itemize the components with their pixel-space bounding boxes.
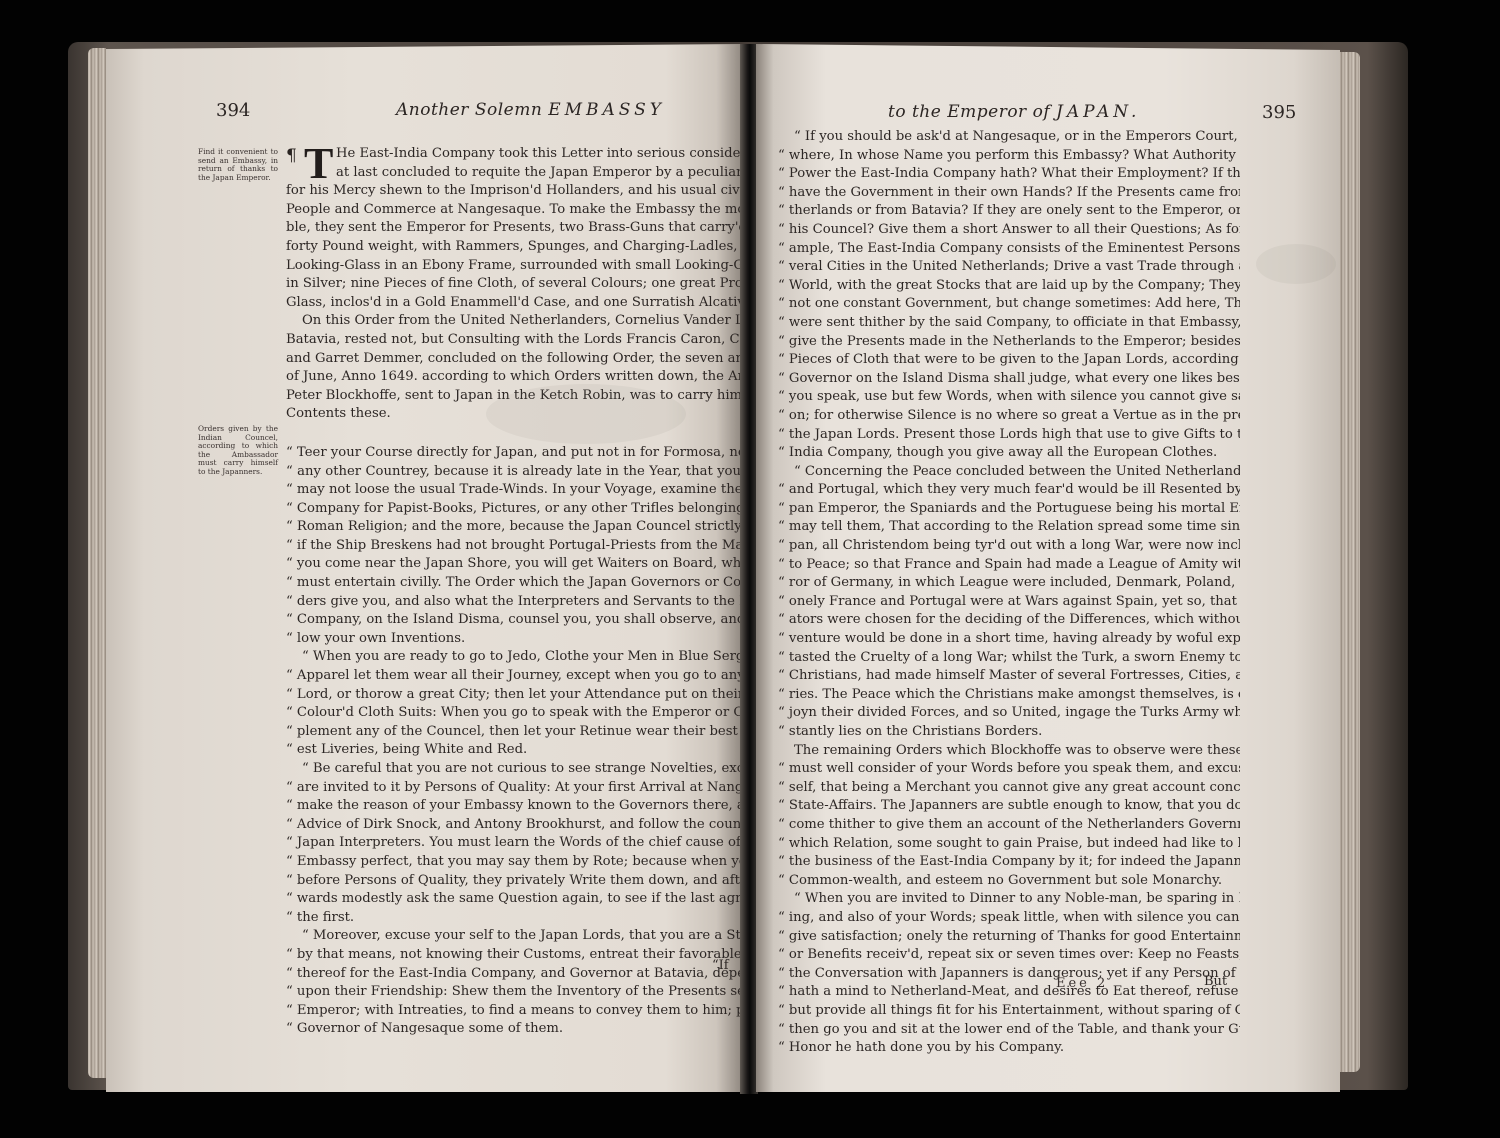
text-line: and Garret Demmer, concluded on the foll… (286, 350, 741, 369)
text-line: for his Mercy shewn to the Imprison'd Ho… (286, 182, 741, 201)
text-line: “ where, In whose Name you perform this … (778, 147, 1240, 166)
page-stain (1256, 244, 1336, 284)
running-head-italic: Another Solemn (396, 100, 542, 120)
text-line: “ When you are ready to go to Jedo, Clot… (286, 648, 741, 667)
running-head-caps: JAPAN. (1056, 102, 1140, 122)
running-head-left: Another Solemn EMBASSY (396, 100, 665, 120)
paragraph: “ Be careful that you are not curious to… (286, 760, 741, 927)
text-line: “ low your own Inventions. (286, 630, 741, 649)
text-line: “ World, with the great Stocks that are … (778, 277, 1240, 296)
text-line: “ pan Emperor, the Spaniards and the Por… (778, 500, 1240, 519)
text-line: “ by that means, not knowing their Custo… (286, 946, 741, 965)
text-line: “ must entertain civilly. The Order whic… (286, 574, 741, 593)
text-line: “ the Japan Lords. Present those Lords h… (778, 426, 1240, 445)
catchword-right: But (1204, 974, 1227, 989)
text-line: of June, Anno 1649. according to which O… (286, 368, 741, 387)
page-number-right: 395 (1262, 102, 1296, 123)
text-line: “ upon their Friendship: Shew them the I… (286, 983, 741, 1002)
text-line: “ any other Countrey, because it is alre… (286, 463, 741, 482)
text-line: “ are invited to it by Persons of Qualit… (286, 779, 741, 798)
running-head-right: to the Emperor of JAPAN. (888, 102, 1140, 122)
book-gutter (740, 44, 758, 1094)
paragraph: He East-India Company took this Letter i… (286, 145, 741, 312)
paragraph: “ When you are invited to Dinner to any … (778, 890, 1240, 1057)
right-body-text: “ If you should be ask'd at Nangesaque, … (778, 128, 1240, 1058)
text-line: “ before Persons of Quality, they privat… (286, 872, 741, 891)
text-line: “ but provide all things fit for his Ent… (778, 1002, 1240, 1021)
text-line: “ veral Cities in the United Netherlands… (778, 258, 1240, 277)
text-line: “ self, that being a Merchant you cannot… (778, 779, 1240, 798)
text-line: “ Company for Papist-Books, Pictures, or… (286, 500, 741, 519)
text-line: “ Common-wealth, and esteem no Governmen… (778, 872, 1240, 891)
right-page: to the Emperor of JAPAN. 395 “ If you sh… (756, 44, 1340, 1092)
page-edges-left (88, 48, 106, 1078)
text-line: “ or Benefits receiv'd, repeat six or se… (778, 946, 1240, 965)
paragraph: “ Teer your Course directly for Japan, a… (286, 444, 741, 649)
text-line: “ must well consider of your Words befor… (778, 760, 1240, 779)
text-line: “ plement any of the Councel, then let y… (286, 723, 741, 742)
text-line: “ Embassy perfect, that you may say them… (286, 853, 741, 872)
text-line: “ his Councel? Give them a short Answer … (778, 221, 1240, 240)
text-line: “ joyn their divided Forces, and so Unit… (778, 704, 1240, 723)
text-line: “ Power the East-India Company hath? Wha… (778, 165, 1240, 184)
paragraph: “ If you should be ask'd at Nangesaque, … (778, 128, 1240, 463)
text-line: “ make the reason of your Embassy known … (286, 797, 741, 816)
text-line: People and Commerce at Nangesaque. To ma… (286, 201, 741, 220)
text-line: “ thereof for the East-India Company, an… (286, 965, 741, 984)
text-line: “ stantly lies on the Christians Borders… (778, 723, 1240, 742)
text-line: “ Pieces of Cloth that were to be given … (778, 351, 1240, 370)
text-line: “ Company, on the Island Disma, counsel … (286, 611, 741, 630)
text-line: “ Christians, had made himself Master of… (778, 667, 1240, 686)
text-line: “ Moreover, excuse your self to the Japa… (286, 927, 741, 946)
catchword-left: “If (712, 958, 729, 973)
text-line: “ Colour'd Cloth Suits: When you go to s… (286, 704, 741, 723)
text-line: “ which Relation, some sought to gain Pr… (778, 835, 1240, 854)
paragraph: The remaining Orders which Blockhoffe wa… (778, 742, 1240, 891)
text-line: “ the first. (286, 909, 741, 928)
page-number-left: 394 (216, 100, 250, 121)
text-line: “ and Portugal, which they very much fea… (778, 481, 1240, 500)
text-line: The remaining Orders which Blockhoffe wa… (778, 742, 1240, 761)
text-line: He East-India Company took this Letter i… (286, 145, 741, 164)
text-line: ble, they sent the Emperor for Presents,… (286, 219, 741, 238)
signature-mark: Eee 2 (1056, 976, 1108, 991)
text-line: Batavia, rested not, but Consulting with… (286, 331, 741, 350)
text-line: “ est Liveries, being White and Red. (286, 741, 741, 760)
text-line: “ wards modestly ask the same Question a… (286, 890, 741, 909)
page-edges-right (1338, 52, 1360, 1072)
running-head-caps: EMBASSY (548, 100, 665, 120)
text-line: “ Governor on the Island Disma shall jud… (778, 370, 1240, 389)
paragraph: “ Concerning the Peace concluded between… (778, 463, 1240, 742)
text-line: “ not one constant Government, but chang… (778, 295, 1240, 314)
text-line: “ Apparel let them wear all their Journe… (286, 667, 741, 686)
text-line: “ Japan Interpreters. You must learn the… (286, 834, 741, 853)
text-line: “ Be careful that you are not curious to… (286, 760, 741, 779)
text-line: “ pan, all Christendom being tyr'd out w… (778, 537, 1240, 556)
text-line: at last concluded to requite the Japan E… (286, 164, 741, 183)
text-line: “ Governor of Nangesaque some of them. (286, 1020, 741, 1039)
text-line: “ State-Affairs. The Japanners are subtl… (778, 797, 1240, 816)
text-line: “ may not loose the usual Trade-Winds. I… (286, 481, 741, 500)
text-line: “ you come near the Japan Shore, you wil… (286, 555, 741, 574)
text-line: “ When you are invited to Dinner to any … (778, 890, 1240, 909)
text-line: Looking-Glass in an Ebony Frame, surroun… (286, 257, 741, 276)
left-page: 394 Another Solemn EMBASSY Find it conve… (106, 44, 742, 1092)
text-line: “ the Conversation with Japanners is dan… (778, 965, 1240, 984)
text-line: “ ries. The Peace which the Christians m… (778, 686, 1240, 705)
text-line: “ onely France and Portugal were at Wars… (778, 593, 1240, 612)
text-line: “ Concerning the Peace concluded between… (778, 463, 1240, 482)
text-line: “ Roman Religion; and the more, because … (286, 518, 741, 537)
text-line: “ Advice of Dirk Snock, and Antony Brook… (286, 816, 741, 835)
text-line: “ Emperor; with Intreaties, to find a me… (286, 1002, 741, 1021)
running-head-italic: to the Emperor of (888, 102, 1050, 122)
text-line: “ Lord, or thorow a great City; then let… (286, 686, 741, 705)
text-line: On this Order from the United Netherland… (286, 312, 741, 331)
text-line: “ were sent thither by the said Company,… (778, 314, 1240, 333)
text-line: “ ders give you, and also what the Inter… (286, 593, 741, 612)
text-line: “ if the Ship Breskens had not brought P… (286, 537, 741, 556)
text-line: “ therlands or from Batavia? If they are… (778, 202, 1240, 221)
text-line: Glass, inclos'd in a Gold Enammell'd Cas… (286, 294, 741, 313)
text-line: “ give the Presents made in the Netherla… (778, 333, 1240, 352)
sidenote-orders: Orders given by the Indian Councel, acco… (198, 425, 278, 477)
text-line: “ If you should be ask'd at Nangesaque, … (778, 128, 1240, 147)
paragraph: “ When you are ready to go to Jedo, Clot… (286, 648, 741, 760)
text-line: “ on; for otherwise Silence is no where … (778, 407, 1240, 426)
left-body-text: He East-India Company took this Letter i… (286, 145, 741, 1039)
text-line: “ have the Government in their own Hands… (778, 184, 1240, 203)
text-line: “ India Company, though you give away al… (778, 444, 1240, 463)
text-line: “ ror of Germany, in which League were i… (778, 574, 1240, 593)
text-line: “ give satisfaction; onely the returning… (778, 928, 1240, 947)
text-line: “ venture would be done in a short time,… (778, 630, 1240, 649)
text-line: “ you speak, use but few Words, when wit… (778, 388, 1240, 407)
paragraph: “ Moreover, excuse your self to the Japa… (286, 927, 741, 1039)
text-line: “ come thither to give them an account o… (778, 816, 1240, 835)
text-line: “ ing, and also of your Words; speak lit… (778, 909, 1240, 928)
text-line: “ then go you and sit at the lower end o… (778, 1021, 1240, 1040)
text-line: forty Pound weight, with Rammers, Spunge… (286, 238, 741, 257)
sidenote-embassy: Find it convenient to send an Embassy, i… (198, 148, 278, 182)
text-line: in Silver; nine Pieces of fine Cloth, of… (286, 275, 741, 294)
text-line: “ ample, The East-India Company consists… (778, 240, 1240, 259)
text-line: “ tasted the Cruelty of a long War; whil… (778, 649, 1240, 668)
text-line: “ to Peace; so that France and Spain had… (778, 556, 1240, 575)
page-stain (486, 384, 686, 444)
text-line: “ Honor he hath done you by his Company. (778, 1039, 1240, 1058)
text-line: “ may tell them, That according to the R… (778, 518, 1240, 537)
text-line: “ hath a mind to Netherland-Meat, and de… (778, 983, 1240, 1002)
text-line: “ the business of the East-India Company… (778, 853, 1240, 872)
text-line: “ ators were chosen for the deciding of … (778, 611, 1240, 630)
text-line: “ Teer your Course directly for Japan, a… (286, 444, 741, 463)
